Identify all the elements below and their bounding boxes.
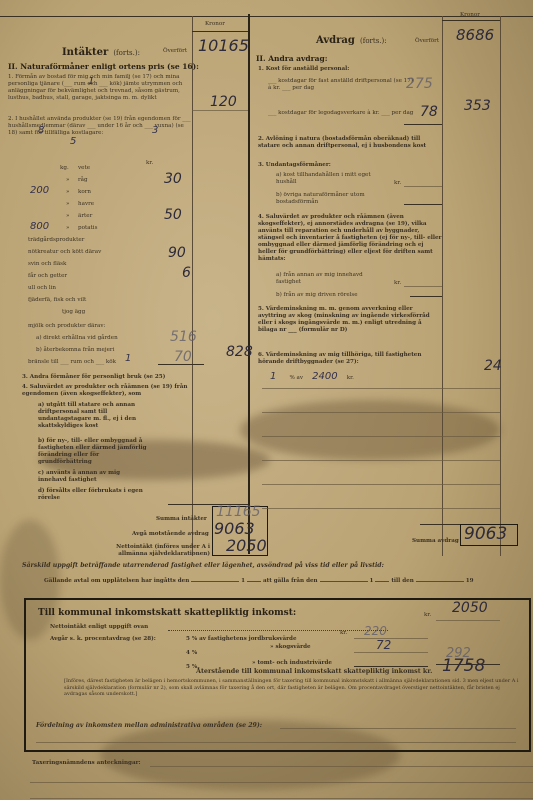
r-item1a: ___ kostdagar för fast anställd driftper… bbox=[268, 78, 418, 92]
avgar-row2-value: 72 bbox=[376, 638, 391, 652]
avgar-row3-label: » tomt- och industrivärde bbox=[252, 660, 332, 667]
row-line bbox=[262, 412, 500, 413]
item4b: b) för ny-, till- eller ombyggnad å fast… bbox=[38, 438, 150, 466]
kronor-header-line-left bbox=[192, 31, 248, 32]
item4a: a) utgått till statare och annan driftpe… bbox=[38, 402, 150, 430]
r-item4a: a) från annan av mig innehavd fastighet bbox=[276, 272, 386, 286]
right-title: Avdrag (forts.): bbox=[316, 28, 387, 47]
row-line bbox=[436, 620, 500, 621]
row-line bbox=[30, 798, 533, 799]
netto-label: Nettointäkt (införes under A i allmänna … bbox=[110, 544, 210, 558]
fordelning-label: Fördelning av inkomsten mellan administr… bbox=[36, 722, 262, 729]
item3-andra-formaner: 3. Andra förmåner för personligt bruk (s… bbox=[22, 374, 165, 381]
item2-under16: 3 bbox=[152, 125, 158, 136]
row-line bbox=[262, 388, 500, 389]
item4d: d) försålts eller förbrukats i egen röre… bbox=[38, 488, 150, 502]
r-item1b: ___ kostdagar för legodagsverkare à kr. … bbox=[268, 110, 418, 117]
row-line bbox=[262, 484, 500, 485]
aterstaende-value: 1758 bbox=[442, 656, 485, 676]
r-item1-rule bbox=[404, 124, 442, 125]
avdrag-title: Avdrag bbox=[316, 35, 355, 46]
r-item3: 3. Undantagsförmåner: bbox=[258, 162, 331, 169]
r-item1b-value: 78 bbox=[420, 104, 438, 120]
subtotal-rule bbox=[158, 364, 204, 365]
kronor-header-line-right bbox=[442, 20, 500, 21]
special-line2: Gällande avtal om upplåtelsen har ingått… bbox=[44, 578, 524, 585]
kr-label: kr. bbox=[340, 630, 347, 637]
taxering-label: Taxeringsnämndens anteckningar: bbox=[32, 760, 141, 767]
stain bbox=[240, 400, 500, 460]
r-item4: 4. Saluvärdet av produkter och råämnen (… bbox=[258, 214, 442, 263]
item2-adults: 5 bbox=[70, 136, 76, 147]
naturaformaner-subtotal: 828 bbox=[226, 344, 253, 360]
row-line bbox=[280, 728, 516, 729]
item1-bostad: 1. Förmån av bostad för mig och min fami… bbox=[8, 74, 193, 102]
overfort-value-right: 8686 bbox=[456, 26, 494, 44]
row-line bbox=[262, 508, 500, 509]
row-line bbox=[192, 110, 248, 111]
right-amount-col-line2 bbox=[500, 16, 501, 556]
kr-label: kr. bbox=[394, 280, 401, 287]
aterstaende-label: Återstående till kommunal inkomstskatt s… bbox=[196, 668, 432, 675]
row-line bbox=[404, 186, 442, 187]
r-item6-pct: 1 bbox=[270, 371, 276, 382]
intakter-title: Intäkter bbox=[62, 47, 108, 58]
r-item3a: a) kost tillhandahållen i mitt eget hush… bbox=[276, 172, 386, 186]
r-item6-value: 24 bbox=[484, 358, 502, 374]
r-item5: 5. Värdeminskning m. m. genom avverkning… bbox=[258, 306, 442, 334]
item2-members: 8 bbox=[38, 125, 44, 136]
row-line bbox=[150, 766, 533, 767]
top-rule bbox=[0, 16, 533, 17]
row-line bbox=[354, 652, 428, 653]
r-item1-total: 353 bbox=[464, 98, 491, 114]
summa-intakter-value: 11165 bbox=[216, 504, 261, 520]
kommunal-note: [Införes, därest fastigheten är belägen … bbox=[64, 678, 522, 698]
r-item6-base: 2400 bbox=[312, 371, 337, 382]
avgar-row1-value: 220 bbox=[364, 624, 387, 638]
kommunal-title: Till kommunal inkomstskatt skattepliktig… bbox=[38, 608, 296, 618]
item4c: c) använts å annan av mig innehavd fasti… bbox=[38, 470, 150, 484]
row-line bbox=[404, 286, 442, 287]
summa-intakter-label: Summa intäkter bbox=[156, 516, 207, 523]
r-item6-calc: 1 % av 2400 kr. bbox=[270, 364, 354, 383]
special-line1: Särskild uppgift beträffande utarrendera… bbox=[22, 562, 384, 569]
right-amount-col-line bbox=[442, 16, 443, 556]
product-row: bränsle till ___ rum och ___ kök 1 70 bbox=[22, 355, 248, 368]
row-line bbox=[262, 436, 500, 437]
kommunal-netto-value: 2050 bbox=[452, 600, 488, 616]
r-item1: 1. Kost för anställd personal: bbox=[258, 66, 349, 73]
r-item2: 2. Avlöning i natura (bostadsförmån ober… bbox=[258, 136, 442, 150]
avgar-row: 4 % bbox=[186, 650, 197, 657]
title-suffix: (forts.): bbox=[113, 49, 140, 57]
item1-rooms: 1 bbox=[88, 76, 94, 87]
overfort-value-left: 10165 bbox=[198, 36, 249, 55]
avgar-row: 5 % av fastighetens jordbruksvärde bbox=[186, 636, 297, 643]
section-naturaformaner: II. Naturaförmåner enligt ortens pris (s… bbox=[8, 62, 199, 71]
netto-value: 2050 bbox=[226, 536, 267, 555]
kr-label: kr. bbox=[394, 180, 401, 187]
r-item3-rule bbox=[404, 204, 442, 205]
kr-label: kr. bbox=[424, 612, 431, 619]
r-item4b: b) från av mig driven rörelse bbox=[276, 292, 426, 299]
item4-saluvardet: 4. Saluvärdet av produkter och råämnen (… bbox=[22, 384, 192, 398]
summa-avdrag-value: 9063 bbox=[464, 524, 507, 544]
item2-hushall: 2. I hushållet använda produkter (se 19)… bbox=[8, 116, 193, 137]
r-item1a-value: 275 bbox=[406, 76, 433, 92]
overfort-label-left: Överfört bbox=[163, 48, 187, 55]
item1-value: 120 bbox=[210, 94, 237, 110]
left-title: Intäkter (forts.): bbox=[62, 40, 140, 59]
avga-label: Avgå motstående avdrag bbox=[132, 531, 209, 538]
r-item4-rule bbox=[410, 296, 442, 297]
summa-avdrag-label: Summa avdrag bbox=[412, 538, 459, 545]
title-suffix: (forts.): bbox=[360, 37, 387, 45]
overfort-label-right: Överfört bbox=[415, 38, 439, 45]
avgar-row2-label: » skogsvärde bbox=[270, 644, 311, 651]
center-divider bbox=[248, 14, 250, 554]
row-line bbox=[30, 782, 533, 783]
section-andra-avdrag: II. Andra avdrag: bbox=[256, 54, 327, 63]
kronor-header-left: Kronor bbox=[205, 21, 225, 28]
kommunal-netto-label: Nettointäkt enligt uppgift ovan bbox=[50, 624, 148, 631]
kronor-header-right: Kronor bbox=[460, 12, 480, 19]
avgar-label: Avgår s. k. procentavdrag (se 28): bbox=[50, 636, 156, 643]
r-item3b: b) övriga naturaförmåner utom bostadsför… bbox=[276, 192, 386, 206]
row-line bbox=[262, 460, 500, 461]
row-line bbox=[36, 742, 516, 743]
leader-dots bbox=[168, 630, 388, 631]
